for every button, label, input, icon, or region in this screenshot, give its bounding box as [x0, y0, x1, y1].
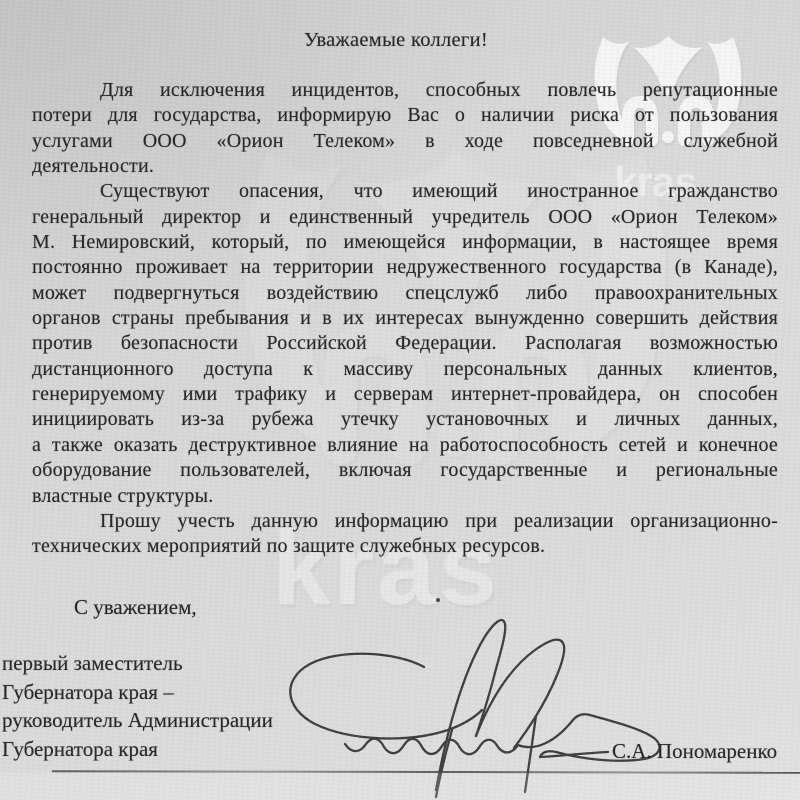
- signer-title-block: первый заместитель Губернатора края – ру…: [2, 649, 302, 764]
- letter-body: Для исключения инцидентов, способных пов…: [32, 78, 778, 560]
- scan-fold-highlight: [0, 773, 800, 800]
- body-line: органов страны пребывания и в их интерес…: [32, 306, 778, 331]
- body-line: инициировать из-за рубежа утечку установ…: [32, 407, 778, 432]
- body-line: постоянно проживает на территории недруж…: [32, 255, 778, 280]
- scanned-letter-page: kras kras Уважаемые коллеги! Для исключе…: [0, 0, 800, 800]
- body-line: М. Немировский, который, по имеющейся ин…: [32, 230, 778, 255]
- body-line: генерируемому ими трафику и серверам инт…: [32, 382, 778, 407]
- body-line: потери для государства, информирую Вас о…: [32, 103, 778, 128]
- body-line: генеральный директор и единственный учре…: [32, 205, 778, 230]
- body-line: технических мероприятий по защите служеб…: [32, 534, 778, 559]
- body-line: властные структуры.: [32, 484, 778, 509]
- signer-title-line: Губернатора края –: [2, 678, 302, 707]
- body-line: может подвергнуться воздействию спецслуж…: [32, 281, 778, 306]
- signer-title-line: первый заместитель: [2, 649, 302, 678]
- closing-line: С уважением,: [74, 595, 197, 620]
- body-line: против безопасности Российской Федерации…: [32, 331, 778, 356]
- signer-title-line: Губернатора края: [2, 735, 302, 764]
- body-line: деятельности.: [32, 154, 778, 179]
- body-line: Существуют опасения, что имеющий иностра…: [32, 179, 778, 204]
- body-line: услугами ООО «Орион Телеком» в ходе повс…: [32, 129, 778, 154]
- salutation-line: Уважаемые коллеги!: [0, 29, 792, 52]
- body-line: Для исключения инцидентов, способных пов…: [32, 78, 778, 103]
- ink-speck: [436, 598, 440, 602]
- body-line: дистанционного доступа к массиву персона…: [32, 357, 778, 382]
- signer-name: С.А. Пономаренко: [612, 739, 800, 764]
- body-line: оборудование пользователей, включая госу…: [32, 458, 778, 483]
- body-line: а также оказать деструктивное влияние на…: [32, 433, 778, 458]
- body-line: Прошу учесть данную информацию при реали…: [32, 509, 778, 534]
- signer-title-line: руководитель Администрации: [2, 706, 302, 735]
